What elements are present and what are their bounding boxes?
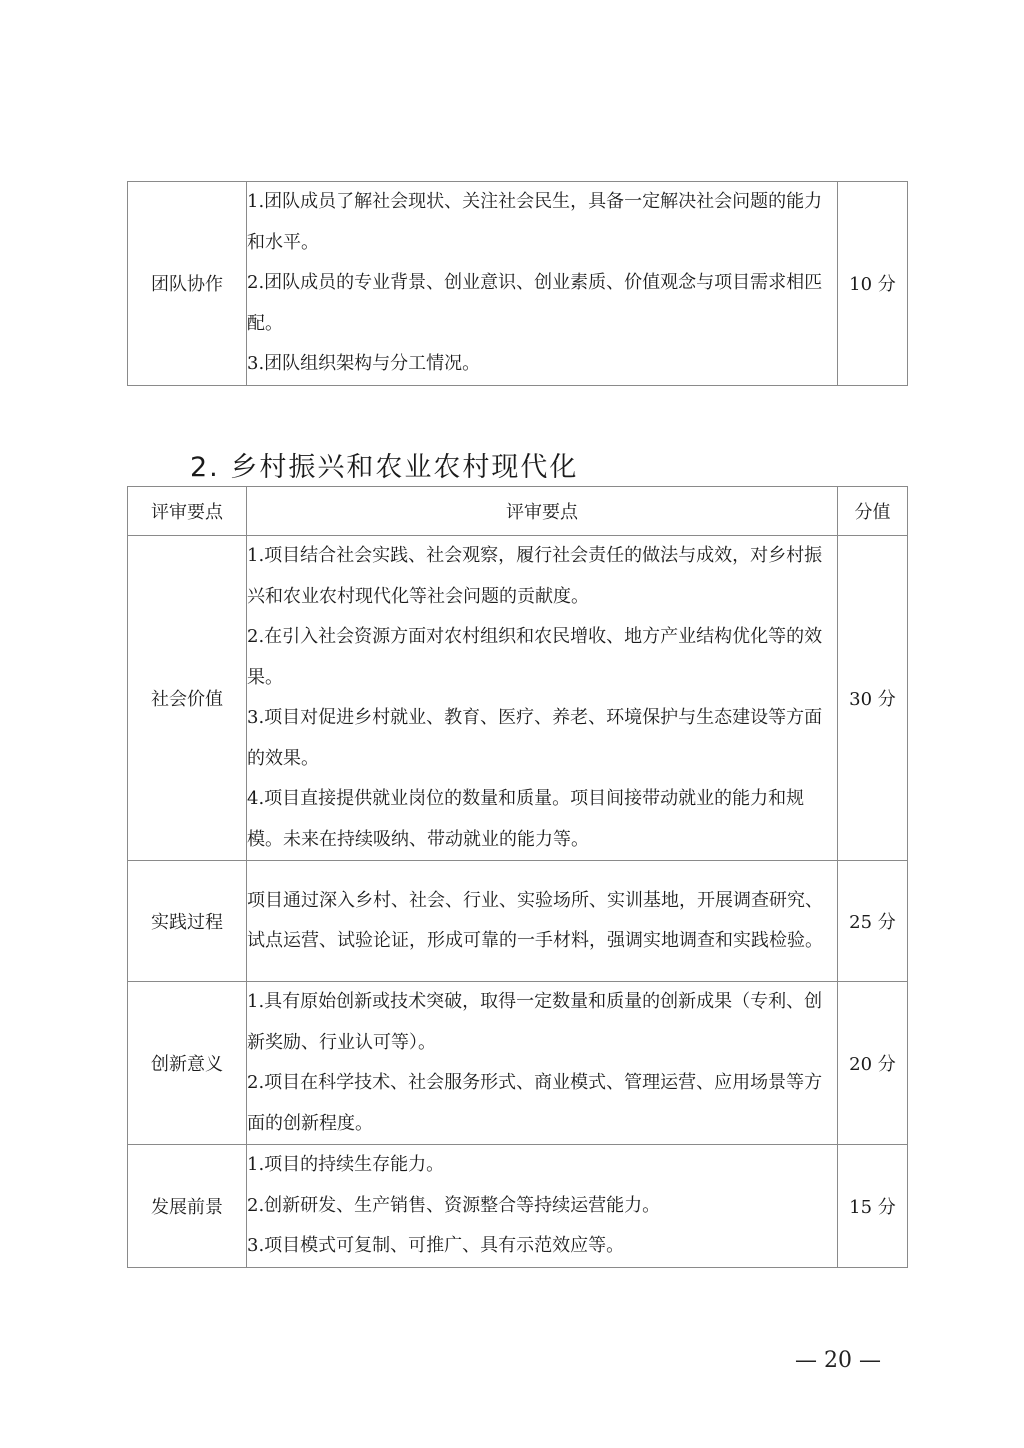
criteria-item: 1.项目结合社会实践、社会观察，履行社会责任的做法与成效，对乡村振兴和农业农村现… [247, 536, 837, 617]
criteria-cell: 1.项目的持续生存能力。 2.创新研发、生产销售、资源整合等持续运营能力。 3.… [247, 1145, 838, 1268]
table-row: 团队协作 1.团队成员了解社会现状、关注社会民生，具备一定解决社会问题的能力和水… [128, 182, 908, 386]
criteria-item: 1.团队成员了解社会现状、关注社会民生，具备一定解决社会问题的能力和水平。 [247, 182, 837, 263]
category-cell: 社会价值 [128, 536, 247, 861]
header-score: 分值 [838, 487, 908, 536]
criteria-item: 3.团队组织架构与分工情况。 [247, 344, 837, 385]
header-criteria: 评审要点 [247, 487, 838, 536]
table-row: 创新意义 1.具有原始创新或技术突破，取得一定数量和质量的创新成果（专利、创新奖… [128, 982, 908, 1145]
category-cell: 发展前景 [128, 1145, 247, 1268]
criteria-cell: 1.具有原始创新或技术突破，取得一定数量和质量的创新成果（专利、创新奖励、行业认… [247, 982, 838, 1145]
criteria-item: 2.团队成员的专业背景、创业意识、创业素质、价值观念与项目需求相匹配。 [247, 263, 837, 344]
team-collaboration-table: 团队协作 1.团队成员了解社会现状、关注社会民生，具备一定解决社会问题的能力和水… [127, 181, 908, 386]
criteria-cell: 1.项目结合社会实践、社会观察，履行社会责任的做法与成效，对乡村振兴和农业农村现… [247, 536, 838, 861]
header-category: 评审要点 [128, 487, 247, 536]
table-row: 发展前景 1.项目的持续生存能力。 2.创新研发、生产销售、资源整合等持续运营能… [128, 1145, 908, 1268]
criteria-item: 1.具有原始创新或技术突破，取得一定数量和质量的创新成果（专利、创新奖励、行业认… [247, 982, 837, 1063]
category-cell: 实践过程 [128, 861, 247, 982]
category-cell: 团队协作 [128, 182, 247, 386]
score-cell: 20 分 [838, 982, 908, 1145]
section-title: 2. 乡村振兴和农业农村现代化 [190, 445, 578, 484]
criteria-item: 2.项目在科学技术、社会服务形式、商业模式、管理运营、应用场景等方面的创新程度。 [247, 1063, 837, 1144]
criteria-item: 3.项目对促进乡村就业、教育、医疗、养老、环境保护与生态建设等方面的效果。 [247, 698, 837, 779]
score-cell: 15 分 [838, 1145, 908, 1268]
table-row: 社会价值 1.项目结合社会实践、社会观察，履行社会责任的做法与成效，对乡村振兴和… [128, 536, 908, 861]
rural-revitalization-table: 评审要点 评审要点 分值 社会价值 1.项目结合社会实践、社会观察，履行社会责任… [127, 486, 908, 1268]
criteria-item: 2.创新研发、生产销售、资源整合等持续运营能力。 [247, 1186, 837, 1227]
table-header-row: 评审要点 评审要点 分值 [128, 487, 908, 536]
criteria-item: 3.项目模式可复制、可推广、具有示范效应等。 [247, 1226, 837, 1267]
criteria-item: 1.项目的持续生存能力。 [247, 1145, 837, 1186]
table-row: 实践过程 项目通过深入乡村、社会、行业、实验场所、实训基地，开展调查研究、试点运… [128, 861, 908, 982]
criteria-cell: 项目通过深入乡村、社会、行业、实验场所、实训基地，开展调查研究、试点运营、试验论… [247, 861, 838, 982]
criteria-item: 4.项目直接提供就业岗位的数量和质量。项目间接带动就业的能力和规模。未来在持续吸… [247, 779, 837, 860]
category-cell: 创新意义 [128, 982, 247, 1145]
score-cell: 25 分 [838, 861, 908, 982]
criteria-item: 2.在引入社会资源方面对农村组织和农民增收、地方产业结构优化等的效果。 [247, 617, 837, 698]
criteria-item: 项目通过深入乡村、社会、行业、实验场所、实训基地，开展调查研究、试点运营、试验论… [247, 881, 837, 962]
score-cell: 30 分 [838, 536, 908, 861]
criteria-cell: 1.团队成员了解社会现状、关注社会民生，具备一定解决社会问题的能力和水平。 2.… [247, 182, 838, 386]
page-number: — 20 — [795, 1348, 881, 1373]
score-cell: 10 分 [838, 182, 908, 386]
